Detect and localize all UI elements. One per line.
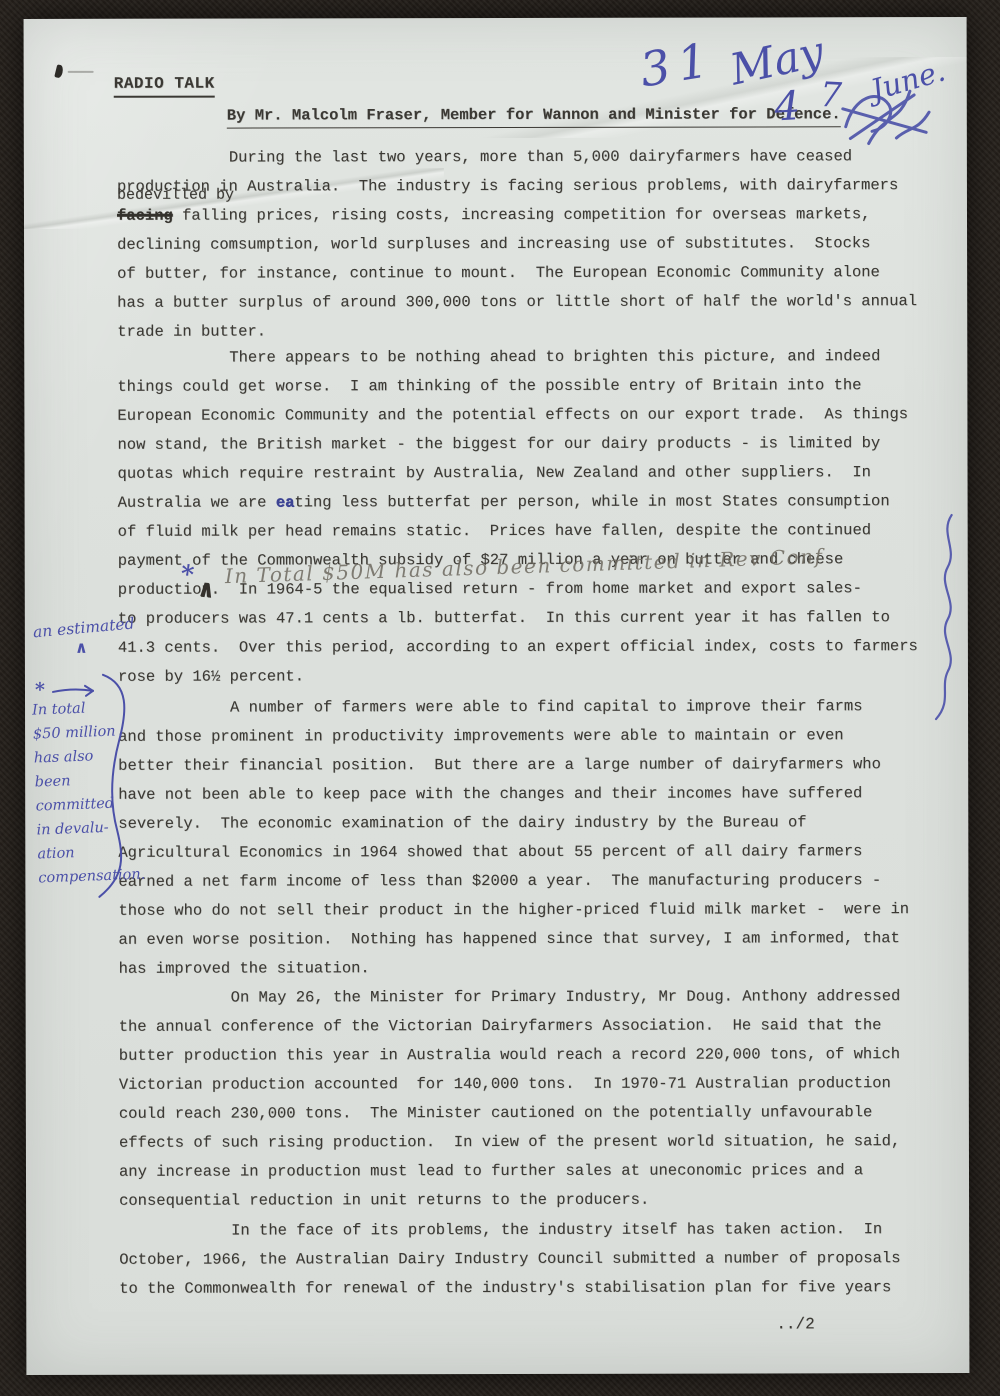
typed-line-with-strikethrough: facing falling prices, rising costs, inc… (117, 200, 962, 231)
typed-line: 41.3 cents. Over this period, according … (118, 632, 963, 663)
typed-line: to the Commonwealth for renewal of the i… (119, 1273, 964, 1304)
typed-line: quotas which require restraint by Austra… (118, 458, 963, 489)
typed-line: things could get worse. I am thinking of… (117, 371, 962, 402)
handwritten-day: 31 (636, 32, 720, 98)
typed-text: falling prices, rising costs, increasing… (173, 205, 871, 224)
typed-text: Australia we are (118, 493, 276, 511)
typed-text: ting less butterfat per person, while in… (294, 492, 889, 511)
paragraph-1: During the last two years, more than 5,0… (117, 142, 962, 347)
typed-line: October, 1966, the Australian Dairy Indu… (119, 1244, 964, 1275)
typed-line: declining comsumption, world surpluses a… (117, 229, 962, 260)
ink-smudge (54, 64, 64, 78)
pen-corrected-letters: ea (276, 493, 295, 511)
typed-line: There appears to be nothing ahead to bri… (117, 342, 962, 373)
typed-line: Victorian production accounted for 140,0… (119, 1069, 964, 1100)
insertion-caret: ∧ (197, 574, 214, 605)
margin-note-bracket (85, 671, 135, 901)
typed-line: consequential reduction in unit returns … (119, 1185, 964, 1216)
handwritten-alt-day: 4 (773, 83, 801, 130)
struck-word-facing: facing (117, 207, 173, 225)
typed-line: effects of such rising production. In vi… (119, 1127, 964, 1158)
scribble-crossout (836, 82, 939, 149)
typed-line: better their financial position. But the… (118, 750, 963, 781)
typed-line: and those prominent in productivity impr… (118, 721, 963, 752)
typed-lines: During the last two years, more than 5,0… (117, 142, 962, 202)
typed-line: butter production this year in Australia… (119, 1040, 964, 1071)
typed-line: of fluid milk per head remains static. P… (118, 516, 963, 547)
insertion-caret: ∧ (75, 638, 88, 657)
typed-lines: On May 26, the Minister for Primary Indu… (119, 982, 964, 1216)
typed-lines: In the face of its problems, the industr… (119, 1215, 964, 1304)
typed-line: now stand, the British market - the bigg… (117, 429, 962, 460)
document-page: RADIO TALK By Mr. Malcolm Fraser, Member… (24, 17, 970, 1375)
paragraph-4: On May 26, the Minister for Primary Indu… (119, 982, 964, 1216)
typed-lines: There appears to be nothing ahead to bri… (117, 342, 962, 489)
typed-lines: of fluid milk per head remains static. P… (118, 516, 963, 692)
typed-line: of butter, for instance, continue to mou… (117, 258, 962, 289)
paragraph-3: A number of farmers were able to find ca… (118, 692, 964, 984)
typed-line: those who do not sell their product in t… (118, 895, 963, 926)
typed-line: In the face of its problems, the industr… (119, 1215, 964, 1246)
document-title: RADIO TALK (114, 75, 215, 98)
typed-line: severely. The economic examination of th… (118, 808, 963, 839)
typed-line-with-ink-correction: Australia we are eating less butterfat p… (118, 487, 963, 518)
typed-line: any increase in production must lead to … (119, 1156, 964, 1187)
scanned-document-photo: RADIO TALK By Mr. Malcolm Fraser, Member… (0, 0, 1000, 1396)
handwritten-date-annotation: 31 May 4 7 June. (621, 22, 972, 161)
typed-line: has a butter surplus of around 300,000 t… (117, 287, 962, 318)
typed-line: have not been able to keep pace with the… (118, 779, 963, 810)
typed-line: earned a net farm income of less than $2… (118, 866, 963, 897)
margin-wavy-line (928, 513, 964, 723)
typed-line: rose by 16½ percent. (118, 661, 963, 692)
typed-insertion-bedevilled-by: bedevilled by (117, 187, 234, 205)
typed-line: On May 26, the Minister for Primary Indu… (119, 982, 964, 1013)
typed-line: an even worse position. Nothing has happ… (118, 924, 963, 955)
typed-line: European Economic Community and the pote… (117, 400, 962, 431)
paragraph-2: There appears to be nothing ahead to bri… (117, 342, 963, 692)
typed-line: to producers was 47.1 cents a lb. butter… (118, 603, 963, 634)
typed-line: has improved the situation. (119, 953, 964, 984)
typed-line: could reach 230,000 tons. The Minister c… (119, 1098, 964, 1129)
paragraph-5: In the face of its problems, the industr… (119, 1215, 964, 1304)
typed-line: A number of farmers were able to find ca… (118, 692, 963, 723)
typed-line: Agricultural Economics in 1964 showed th… (118, 837, 963, 868)
typed-line: the annual conference of the Victorian D… (119, 1011, 964, 1042)
page-continuation-marker: ../2 (776, 1315, 814, 1333)
ink-smudge (68, 71, 94, 73)
typed-lines: A number of farmers were able to find ca… (118, 692, 964, 984)
typed-lines: declining comsumption, world surpluses a… (117, 229, 962, 347)
typed-line: production in Australia. The industry is… (117, 171, 962, 202)
